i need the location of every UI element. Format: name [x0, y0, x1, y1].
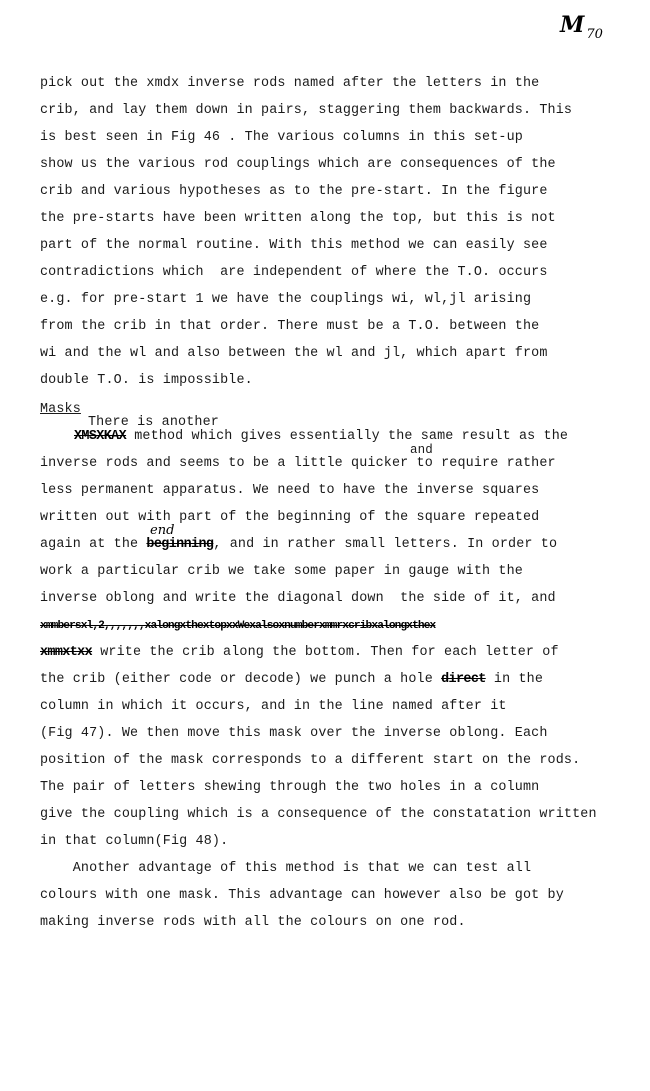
text-line: in that column(Fig 48).: [40, 834, 228, 850]
page-number-struck: M: [560, 12, 584, 38]
text-line: work a particular crib we take some pape…: [40, 564, 523, 580]
text-line: give the coupling which is a consequence…: [40, 807, 597, 823]
page-number: M70: [560, 12, 601, 38]
text-line: less permanent apparatus. We need to hav…: [40, 483, 539, 499]
struck-word: XMSXKAX: [74, 429, 126, 444]
text-line: making inverse rods with all the colours…: [40, 915, 466, 931]
section-heading-masks: Masks: [40, 402, 81, 418]
text-line: pick out the xmdx inverse rods named aft…: [40, 76, 539, 92]
text-line: crib, and lay them down in pairs, stagge…: [40, 103, 572, 119]
text-line: column in which it occurs, and in the li…: [40, 699, 507, 715]
text-line: written out with part of the beginning o…: [40, 510, 539, 526]
text-line: position of the mask corresponds to a di…: [40, 753, 580, 769]
struck-word: direct: [441, 672, 486, 687]
handwritten-correction: end: [150, 523, 174, 538]
struck-word: beginning: [146, 537, 213, 552]
text-line: from the crib in that order. There must …: [40, 319, 539, 335]
text-line: (Fig 47). We then move this mask over th…: [40, 726, 548, 742]
text-line: e.g. for pre-start 1 we have the couplin…: [40, 292, 531, 308]
text-line: double T.O. is impossible.: [40, 373, 253, 389]
page-number-value: 70: [586, 27, 603, 42]
struck-line: xmmbersxl,2,,,,,,,xalongxthextopxxWexals…: [40, 618, 435, 634]
text-line: Another advantage of this method is that…: [40, 861, 531, 877]
text-line: The pair of letters shewing through the …: [40, 780, 539, 796]
text-line: colours with one mask. This advantage ca…: [40, 888, 564, 904]
text-line: wi and the wl and also between the wl an…: [40, 346, 548, 362]
struck-word: xmmxtxx: [40, 645, 92, 660]
text-line: inverse oblong and write the diagonal do…: [40, 591, 556, 607]
text-line: crib and various hypotheses as to the pr…: [40, 184, 548, 200]
text-line: the pre-starts have been written along t…: [40, 211, 556, 227]
text-line: part of the normal routine. With this me…: [40, 238, 548, 254]
text-line: is best seen in Fig 46 . The various col…: [40, 130, 523, 146]
text-line: the crib (either code or decode) we punc…: [40, 672, 543, 688]
text-line: inverse rods and seems to be a little qu…: [40, 456, 556, 472]
text-line: again at the beginning, and in rather sm…: [40, 537, 557, 553]
text-line: XMSXKAX method which gives essentially t…: [74, 429, 568, 445]
text-line: contradictions which are independent of …: [40, 265, 548, 281]
text-line: show us the various rod couplings which …: [40, 157, 556, 173]
text-line: xmmxtxx write the crib along the bottom.…: [40, 645, 559, 661]
document-page: M70 pick out the xmdx inverse rods named…: [0, 0, 650, 1091]
